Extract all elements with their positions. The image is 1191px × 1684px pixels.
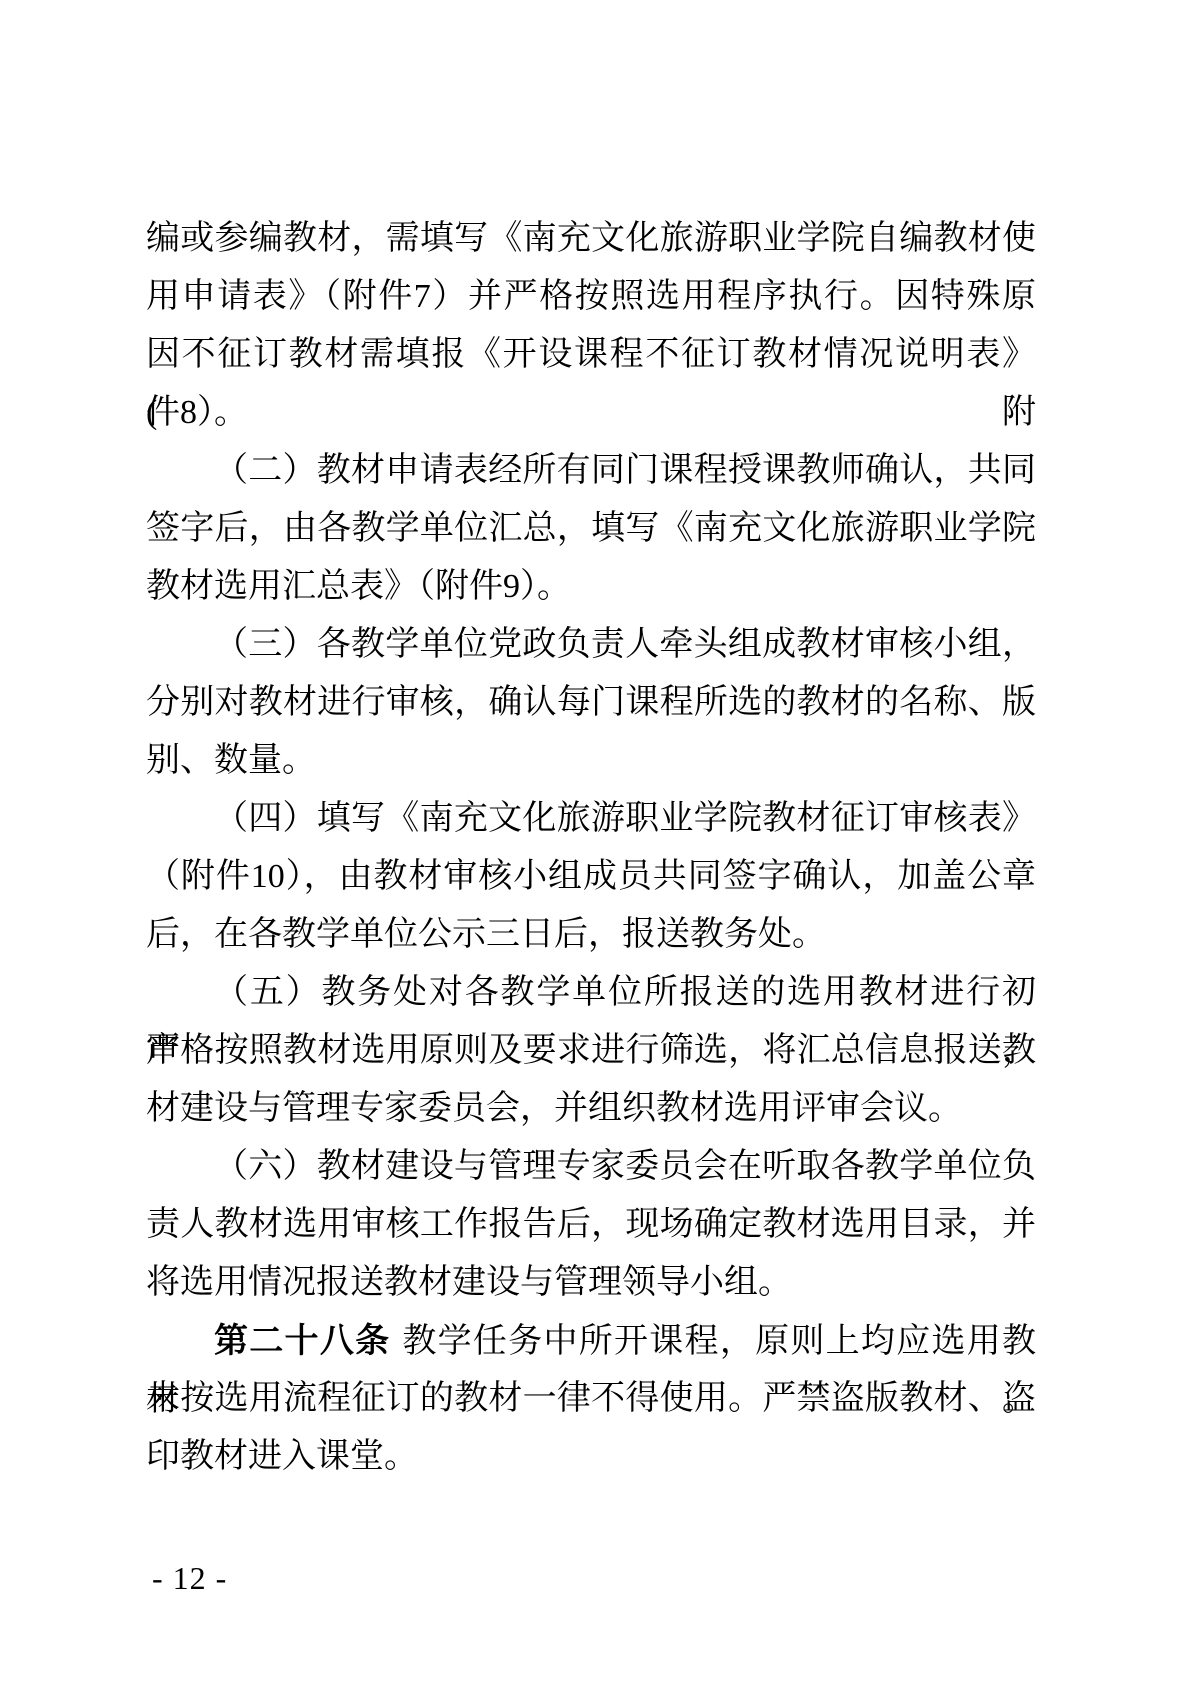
text-line: 编或参编教材，需填写《南充文化旅游职业学院自编教材使: [146, 210, 1036, 268]
text-line: 分别对教材进行审核，确认每门课程所选的教材的名称、版: [146, 674, 1036, 732]
text-line: （二）教材申请表经所有同门课程授课教师确认，共同: [146, 442, 1036, 500]
text-line: 用申请表》（附件7）并严格按照选用程序执行。因特殊原: [146, 268, 1036, 326]
text-line: （三）各教学单位党政负责人牵头组成教材审核小组，: [146, 616, 1036, 674]
text-line: （四）填写《南充文化旅游职业学院教材征订审核表》: [146, 790, 1036, 848]
text-line: 严格按照教材选用原则及要求进行筛选，将汇总信息报送教: [146, 1022, 1036, 1080]
article-number-heading: 第二十八条: [214, 1322, 390, 1360]
text-line: （六）教材建设与管理专家委员会在听取各教学单位负: [146, 1138, 1036, 1196]
text-line: （五）教务处对各教学单位所报送的选用教材进行初审，: [146, 964, 1036, 1022]
text-line: 后，在各教学单位公示三日后，报送教务处。: [146, 906, 1036, 964]
text-line: 第二十八条教学任务中所开课程，原则上均应选用教材。: [146, 1312, 1036, 1370]
text-line: 未按选用流程征订的教材一律不得使用。严禁盗版教材、盗: [146, 1370, 1036, 1428]
text-line: 教材选用汇总表》（附件9）。: [146, 558, 1036, 616]
text-line: 印教材进入课堂。: [146, 1428, 1036, 1486]
document-page: 编或参编教材，需填写《南充文化旅游职业学院自编教材使用申请表》（附件7）并严格按…: [0, 0, 1191, 1684]
text-line: 签字后，由各教学单位汇总，填写《南充文化旅游职业学院: [146, 500, 1036, 558]
text-line: 材建设与管理专家委员会，并组织教材选用评审会议。: [146, 1080, 1036, 1138]
text-line: 别、数量。: [146, 732, 1036, 790]
text-line: 责人教材选用审核工作报告后，现场确定教材选用目录，并: [146, 1196, 1036, 1254]
page-number: - 12 -: [152, 1558, 227, 1598]
text-line: 因不征订教材需填报《开设课程不征订教材情况说明表》(附: [146, 326, 1036, 384]
text-line: （附件10），由教材审核小组成员共同签字确认，加盖公章: [146, 848, 1036, 906]
document-body: 编或参编教材，需填写《南充文化旅游职业学院自编教材使用申请表》（附件7）并严格按…: [146, 210, 1036, 1486]
text-line: 将选用情况报送教材建设与管理领导小组。: [146, 1254, 1036, 1312]
